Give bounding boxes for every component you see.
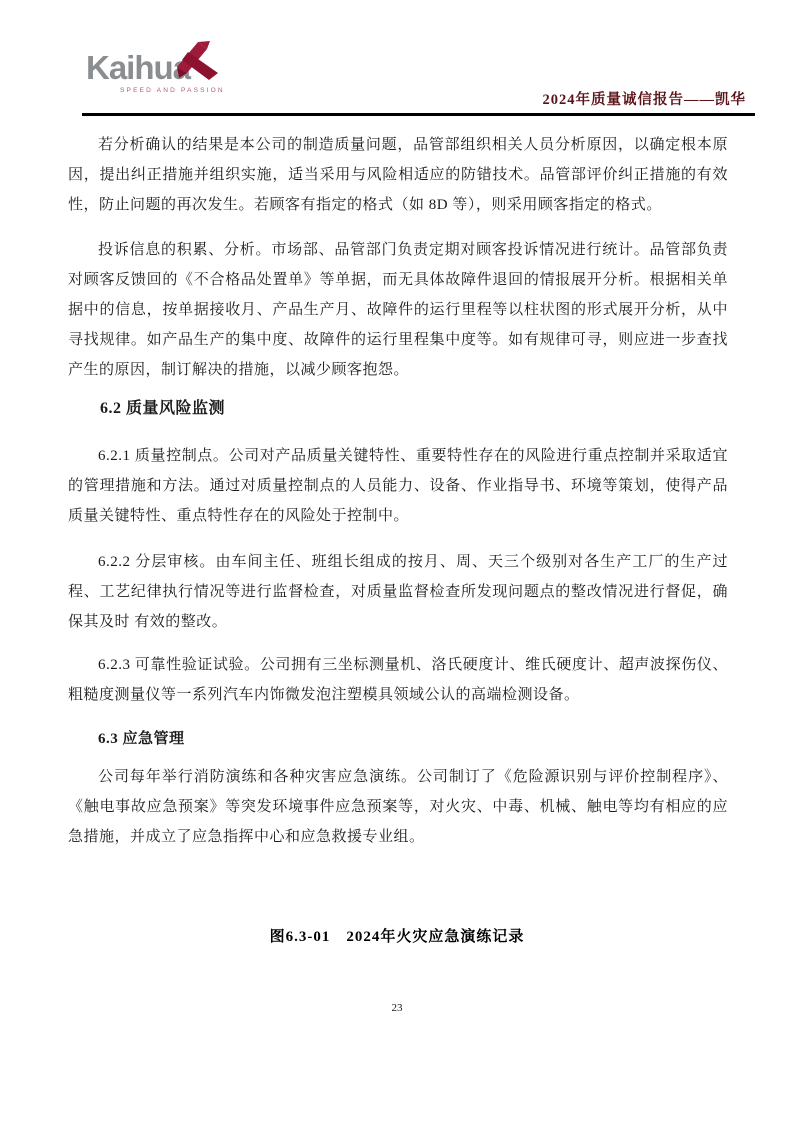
page-number: 23 [0,1002,794,1014]
paragraph-6-2-2-layered-audit: 6.2.2 分层审核。由车间主任、班组长组成的按月、周、天三个级别对各生产工厂的… [68,547,728,637]
figure-caption: 图6.3-01 2024年火灾应急演练记录 [0,925,794,946]
paragraph-complaint-analysis: 投诉信息的积累、分析。市场部、品管部门负责定期对顾客投诉情况进行统计。品管部负责… [68,235,728,385]
document-page: Kaihua SPEED AND PASSION 2024年质量诚信报告——凯华… [0,0,794,1123]
header-rule [82,113,755,116]
report-header-title: 2024年质量诚信报告——凯华 [543,88,747,109]
kaihua-logo: Kaihua SPEED AND PASSION [86,50,216,94]
section-heading-6-2: 6.2 质量风险监测 [100,398,728,420]
paragraph-corrective-action: 若分析确认的结果是本公司的制造质量问题，品管部组织相关人员分析原因，以确定根本原… [68,130,728,220]
kaihua-bird-icon [174,40,220,82]
paragraph-6-2-3-reliability-test: 6.2.3 可靠性验证试验。公司拥有三坐标测量机、洛氏硬度计、维氏硬度计、超声波… [68,650,728,710]
logo-tagline: SPEED AND PASSION [86,87,216,94]
section-heading-6-3: 6.3 应急管理 [98,724,728,754]
document-body: 若分析确认的结果是本公司的制造质量问题，品管部组织相关人员分析原因，以确定根本原… [68,120,728,852]
paragraph-6-2-1-quality-control-points: 6.2.1 质量控制点。公司对产品质量关键特性、重要特性存在的风险进行重点控制并… [68,441,728,531]
paragraph-emergency-management: 公司每年举行消防演练和各种灾害应急演练。公司制订了《危险源识别与评价控制程序》、… [68,762,728,852]
